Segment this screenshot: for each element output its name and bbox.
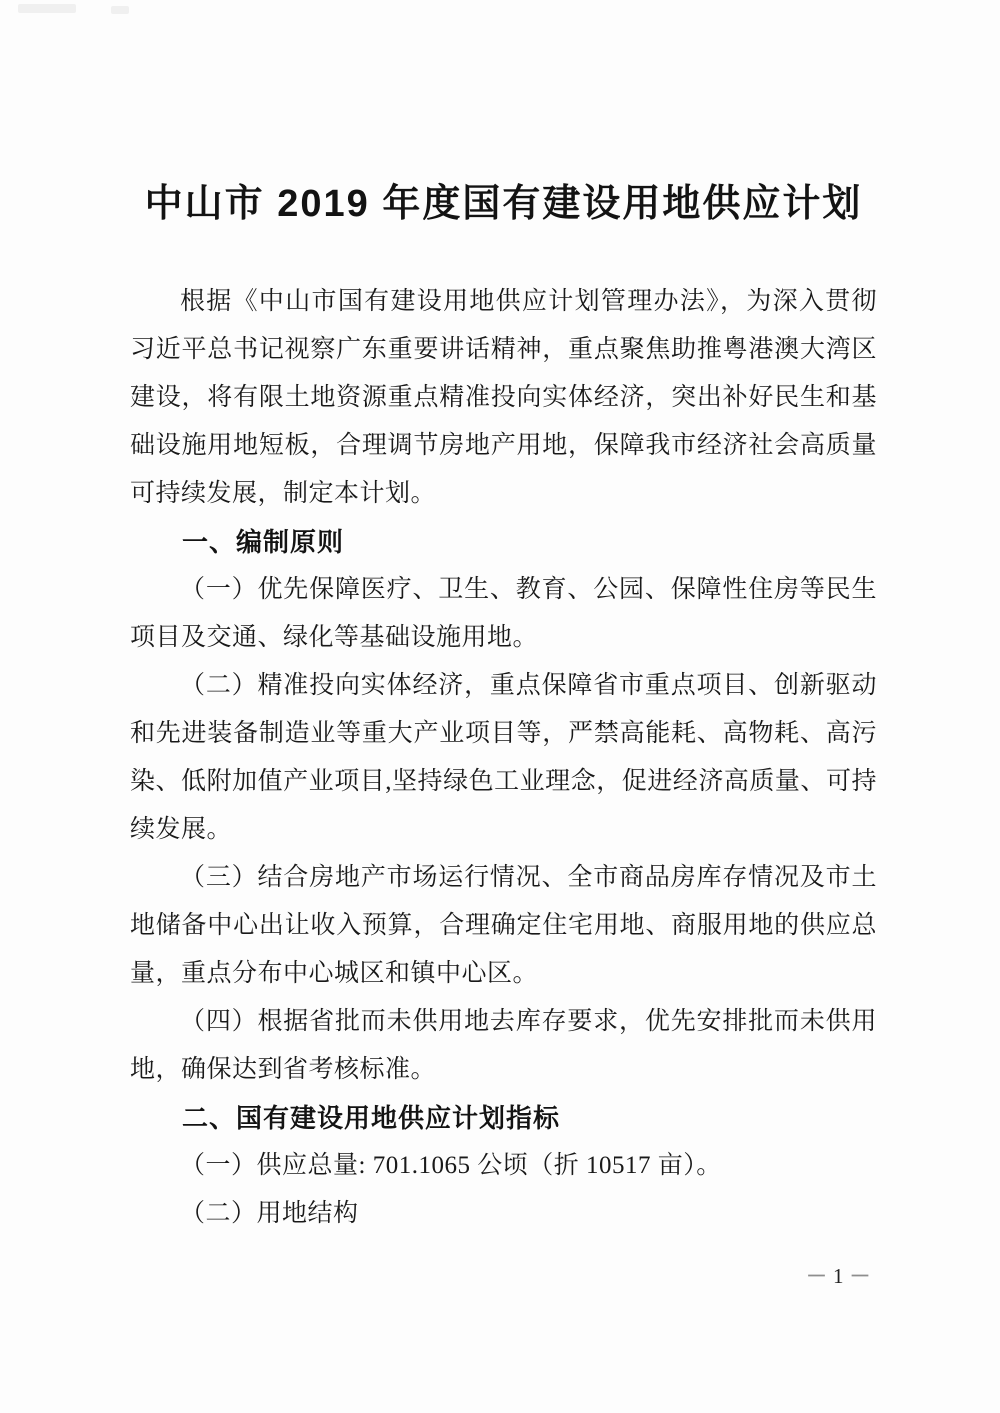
- paragraph-principle-4: （四）根据省批而未供用地去库存要求，优先安排批而未供用地，确保达到省考核标准。: [130, 998, 877, 1094]
- document-title: 中山市 2019 年度国有建设用地供应计划: [130, 176, 877, 232]
- page-number: －1－: [806, 1261, 877, 1291]
- scan-artifact: [18, 4, 76, 13]
- page-number-dash-right: －: [850, 1264, 877, 1288]
- paragraph-principle-1: （一）优先保障医疗、卫生、教育、公园、保障性住房等民生项目及交通、绿化等基础设施…: [130, 566, 877, 662]
- paragraph-principle-2: （二）精准投向实体经济，重点保障省市重点项目、创新驱动和先进装备制造业等重大产业…: [130, 662, 877, 854]
- section-heading-1: 一、编制原则: [130, 518, 877, 566]
- page-number-value: 1: [833, 1264, 850, 1288]
- scan-artifact: [111, 6, 129, 14]
- page-number-dash-left: －: [806, 1264, 833, 1288]
- paragraph-land-structure: （二）用地结构: [130, 1190, 877, 1238]
- document-page: 中山市 2019 年度国有建设用地供应计划 根据《中山市国有建设用地供应计划管理…: [0, 0, 1000, 1413]
- document-content: 中山市 2019 年度国有建设用地供应计划 根据《中山市国有建设用地供应计划管理…: [130, 176, 877, 1238]
- paragraph-intro: 根据《中山市国有建设用地供应计划管理办法》，为深入贯彻习近平总书记视察广东重要讲…: [130, 278, 877, 518]
- paragraph-supply-total: （一）供应总量: 701.1065 公顷（折 10517 亩）。: [130, 1142, 877, 1190]
- section-heading-2: 二、国有建设用地供应计划指标: [130, 1094, 877, 1142]
- paragraph-principle-3: （三）结合房地产市场运行情况、全市商品房库存情况及市土地储备中心出让收入预算，合…: [130, 854, 877, 998]
